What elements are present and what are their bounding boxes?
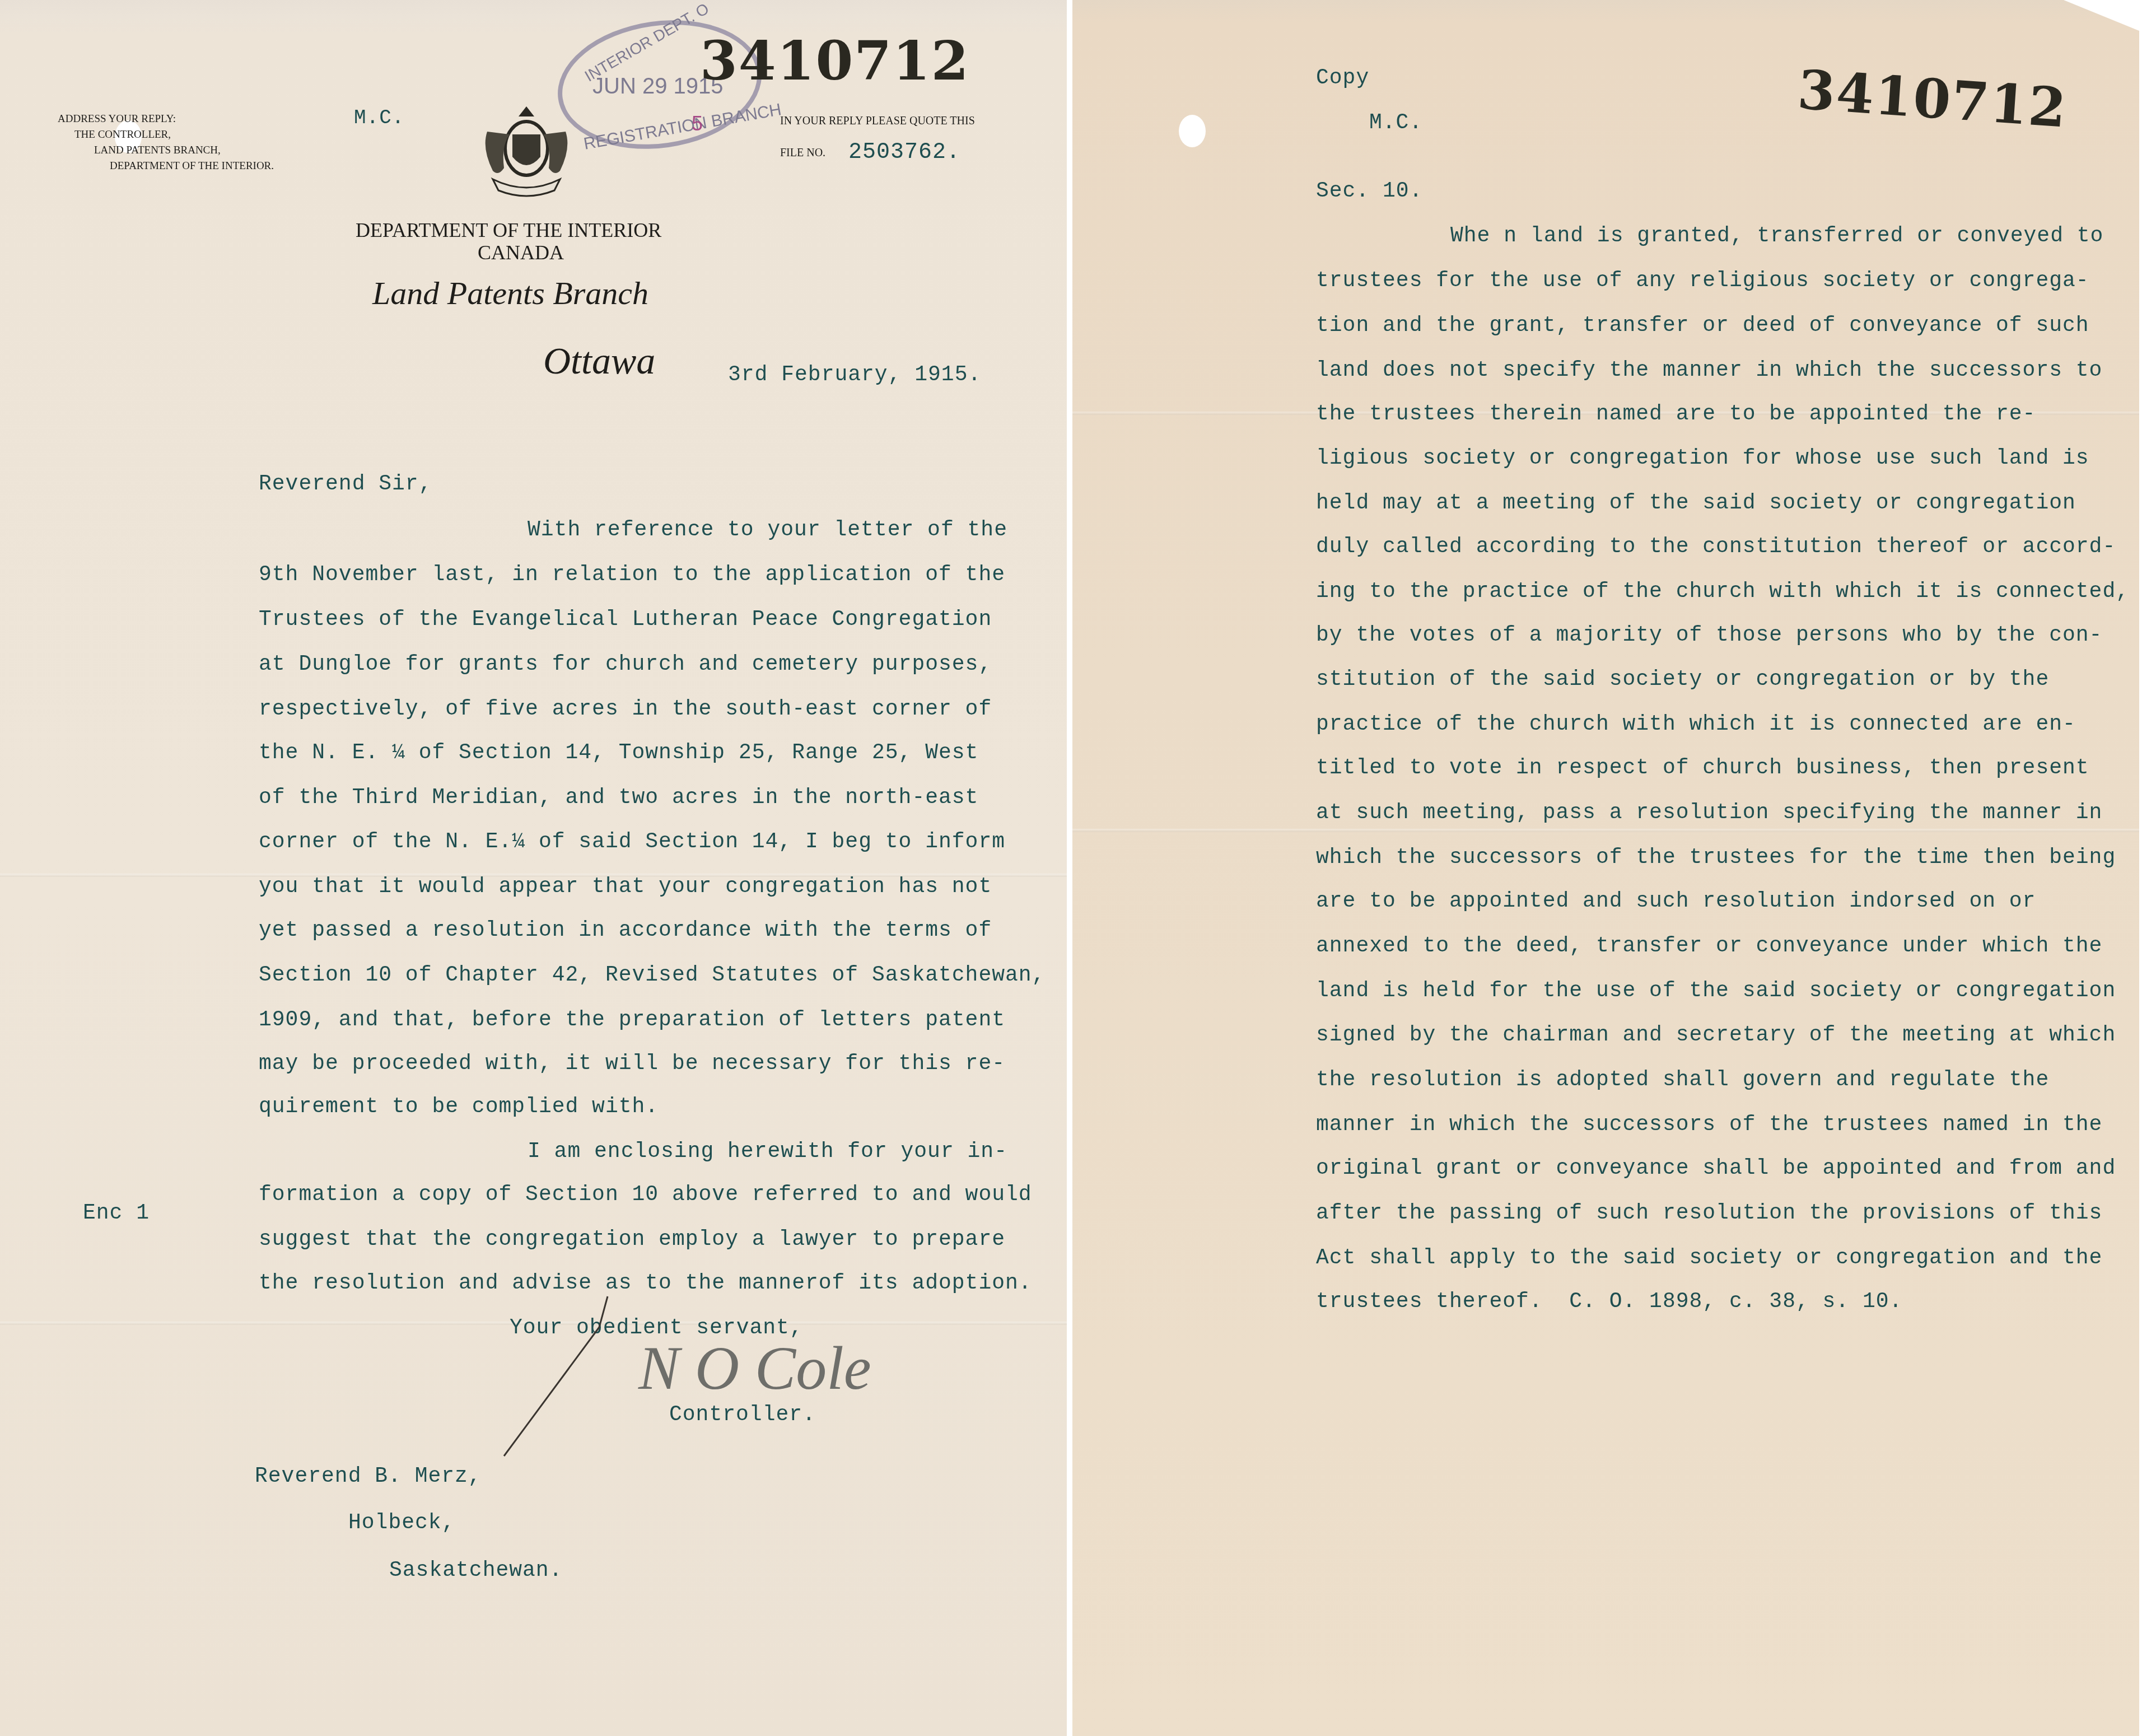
statute-line: by the votes of a majority of those pers… [1316,623,2102,647]
body-line: of the Third Meridian, and two acres in … [259,786,978,810]
statute-line: duly called according to the constitutio… [1316,535,2116,559]
signatory-title: Controller. [669,1403,816,1427]
signature: N O Cole [638,1333,871,1404]
statute-line: land does not specify the manner in whic… [1316,358,2102,382]
body-line: the N. E. ¼ of Section 14, Township 25, … [259,741,978,765]
statute-line: tion and the grant, transfer or deed of … [1316,314,2089,338]
city-name: Ottawa [543,339,655,383]
statute-copy-page: Copy M.C. 3410712 Sec. 10. Whe n land is… [1072,0,2139,1736]
department-name: DEPARTMENT OF THE INTERIOR [356,218,661,242]
body-line: Section 10 of Chapter 42, Revised Statut… [259,963,1045,987]
statute-line: manner in which the successors of the tr… [1316,1113,2102,1137]
file-number: 2503762. [848,140,960,165]
paper-fold [1072,829,2139,832]
letter-date: 3rd February, 1915. [728,363,981,387]
statute-line: original grant or conveyance shall be ap… [1316,1156,2116,1180]
body-line: I am enclosing herewith for your in- [528,1140,1007,1164]
registry-number: 3410712 [1796,58,2069,139]
stamp-mark: 5 [692,112,703,136]
body-line: formation a copy of Section 10 above ref… [259,1183,1032,1207]
enclosure-note: Enc 1 [83,1201,150,1225]
statute-line: at such meeting, pass a resolution speci… [1316,801,2102,825]
body-line: yet passed a resolution in accordance wi… [259,918,992,942]
body-line: you that it would appear that your congr… [259,875,992,899]
statute-line: the resolution is adopted shall govern a… [1316,1068,2049,1092]
statute-line: practice of the church with which it is … [1316,712,2076,736]
file-no-label: FILE NO. [780,147,825,160]
body-line: 1909, and that, before the preparation o… [259,1008,1005,1032]
registry-number: 3410712 [700,29,970,92]
reply-quote-label: IN YOUR REPLY PLEASE QUOTE THIS [780,115,975,128]
statute-line: which the successors of the trustees for… [1316,846,2116,870]
statute-line: Whe n land is granted, transferred or co… [1450,224,2103,248]
statute-line: ing to the practice of the church with w… [1316,580,2129,604]
address-reply-line: DEPARTMENT OF THE INTERIOR. [110,160,274,172]
body-line: 9th November last, in relation to the ap… [259,563,1005,587]
statute-line: ligious society or congregation for whos… [1316,446,2089,470]
addressee-line: Saskatchewan. [389,1558,562,1583]
pencil-mark [493,1294,616,1462]
salutation: Reverend Sir, [259,472,432,496]
initials: M.C. [1369,111,1422,135]
body-line: the resolution and advise as to the mann… [259,1271,1032,1295]
initials: M.C. [354,106,404,129]
statute-line: Act shall apply to the said society or c… [1316,1246,2102,1270]
statute-line: the trustees therein named are to be app… [1316,402,2036,426]
country-name: CANADA [478,241,564,264]
statute-line: titled to vote in respect of church busi… [1316,756,2089,780]
body-line: Trustees of the Evangelical Lutheran Pea… [259,608,992,632]
addressee-line: Reverend B. Merz, [255,1464,482,1488]
body-line: suggest that the congregation employ a l… [259,1228,1005,1252]
statute-line: held may at a meeting of the said societ… [1316,491,2076,515]
branch-name: Land Patents Branch [372,274,648,312]
statute-line: stitution of the said society or congreg… [1316,668,2049,692]
address-reply-line: ADDRESS YOUR REPLY: [58,113,176,125]
letter-page: ADDRESS YOUR REPLY: THE CONTROLLER, LAND… [0,0,1067,1736]
body-line: With reference to your letter of the [528,518,1007,542]
address-reply-line: LAND PATENTS BRANCH, [94,144,221,157]
addressee-line: Holbeck, [348,1511,455,1535]
statute-line: trustees for the use of any religious so… [1316,269,2089,293]
copy-label: Copy [1316,66,1369,90]
statute-line: trustees thereof. C. O. 1898, c. 38, s. … [1316,1290,1902,1314]
statute-line: signed by the chairman and secretary of … [1316,1023,2116,1047]
body-line: corner of the N. E.¼ of said Section 14,… [259,830,1005,854]
body-line: may be proceeded with, it will be necess… [259,1052,1005,1076]
body-line: at Dungloe for grants for church and cem… [259,652,992,676]
body-line: respectively, of five acres in the south… [259,697,992,721]
statute-line: annexed to the deed, transfer or conveya… [1316,934,2102,958]
punch-hole [1179,115,1206,147]
address-reply-line: THE CONTROLLER, [74,129,171,141]
body-line: quirement to be complied with. [259,1095,659,1119]
statute-line: after the passing of such resolution the… [1316,1201,2102,1225]
statute-line: are to be appointed and such resolution … [1316,889,2036,913]
section-heading: Sec. 10. [1316,179,1422,203]
statute-line: land is held for the use of the said soc… [1316,979,2116,1003]
